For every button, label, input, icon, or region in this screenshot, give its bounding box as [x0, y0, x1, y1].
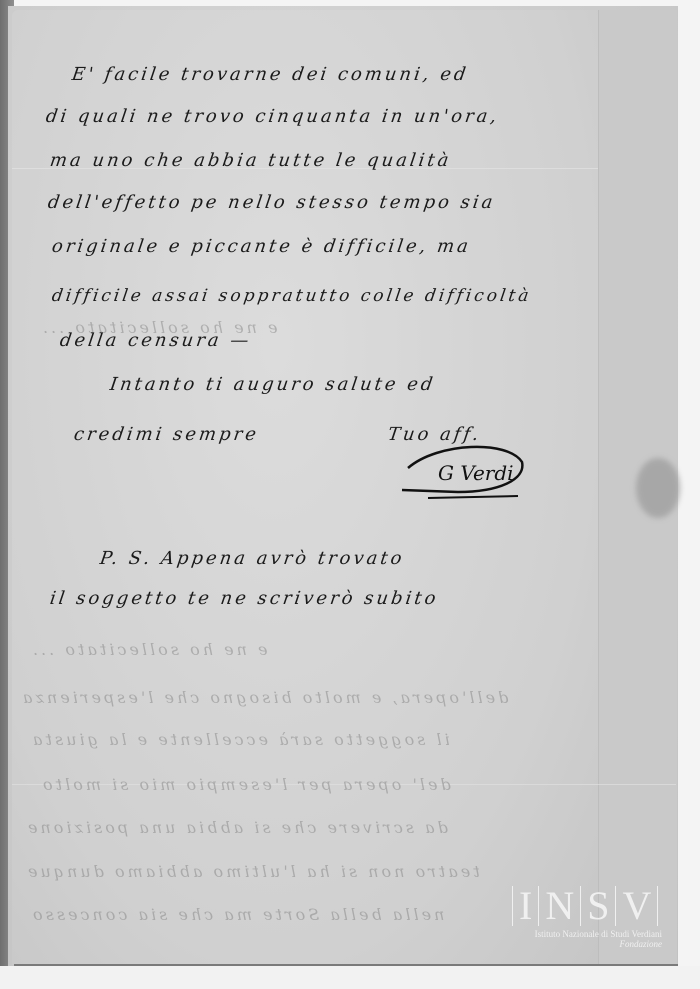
bleed-through-line: il soggetto sarà eccellente e la giusta: [30, 730, 450, 749]
signature-text: G Verdi: [438, 461, 514, 485]
bleed-through-line: da scrivere che si abbia una posizione: [25, 818, 448, 837]
bleed-through-line: nella bella Sorte ma che sia concesso: [30, 905, 444, 924]
signature-flourish: G Verdi: [398, 440, 528, 502]
letter-line: credimi sempre: [73, 424, 261, 445]
letter-line: ma uno che abbia tutte le qualità: [49, 150, 453, 171]
letter-line: originale e piccante è difficile, ma: [51, 236, 473, 257]
logo-letters: I N S V: [512, 886, 662, 926]
bleed-through-line: del' opera per l'esempio mio si molto: [40, 775, 451, 794]
ink-stain: [636, 458, 680, 518]
institution-subtitle: Fondazione: [512, 939, 662, 949]
background-bottom: [0, 966, 700, 989]
letter-line: Intanto ti auguro salute ed: [109, 374, 437, 395]
bleed-through-line: dell'opera, e molto bisogno che l'esperi…: [20, 688, 508, 707]
letter-line: dell'effetto pe nello stesso tempo sia: [47, 192, 497, 213]
letter-line: difficile assai soppratutto colle diffic…: [51, 286, 533, 306]
letter-line: E' facile trovarne dei comuni, ed: [71, 64, 470, 85]
postscript-line: il soggetto te ne scriverò subito: [49, 588, 440, 609]
insv-watermark-logo: I N S V Istituto Nazionale di Studi Verd…: [512, 886, 662, 956]
bleed-through-line: teatro non si ha l'ultimo abbiamo dunque: [25, 862, 480, 881]
postscript-line: P. S. Appena avrò trovato: [99, 548, 406, 569]
letter-line: della censura —: [59, 330, 253, 351]
institution-name: Istituto Nazionale di Studi Verdiani: [512, 929, 662, 939]
letter-line: di quali ne trovo cinquanta in un'ora,: [45, 106, 501, 127]
bleed-through-line: e ne ho sollecitato ...: [30, 640, 267, 659]
